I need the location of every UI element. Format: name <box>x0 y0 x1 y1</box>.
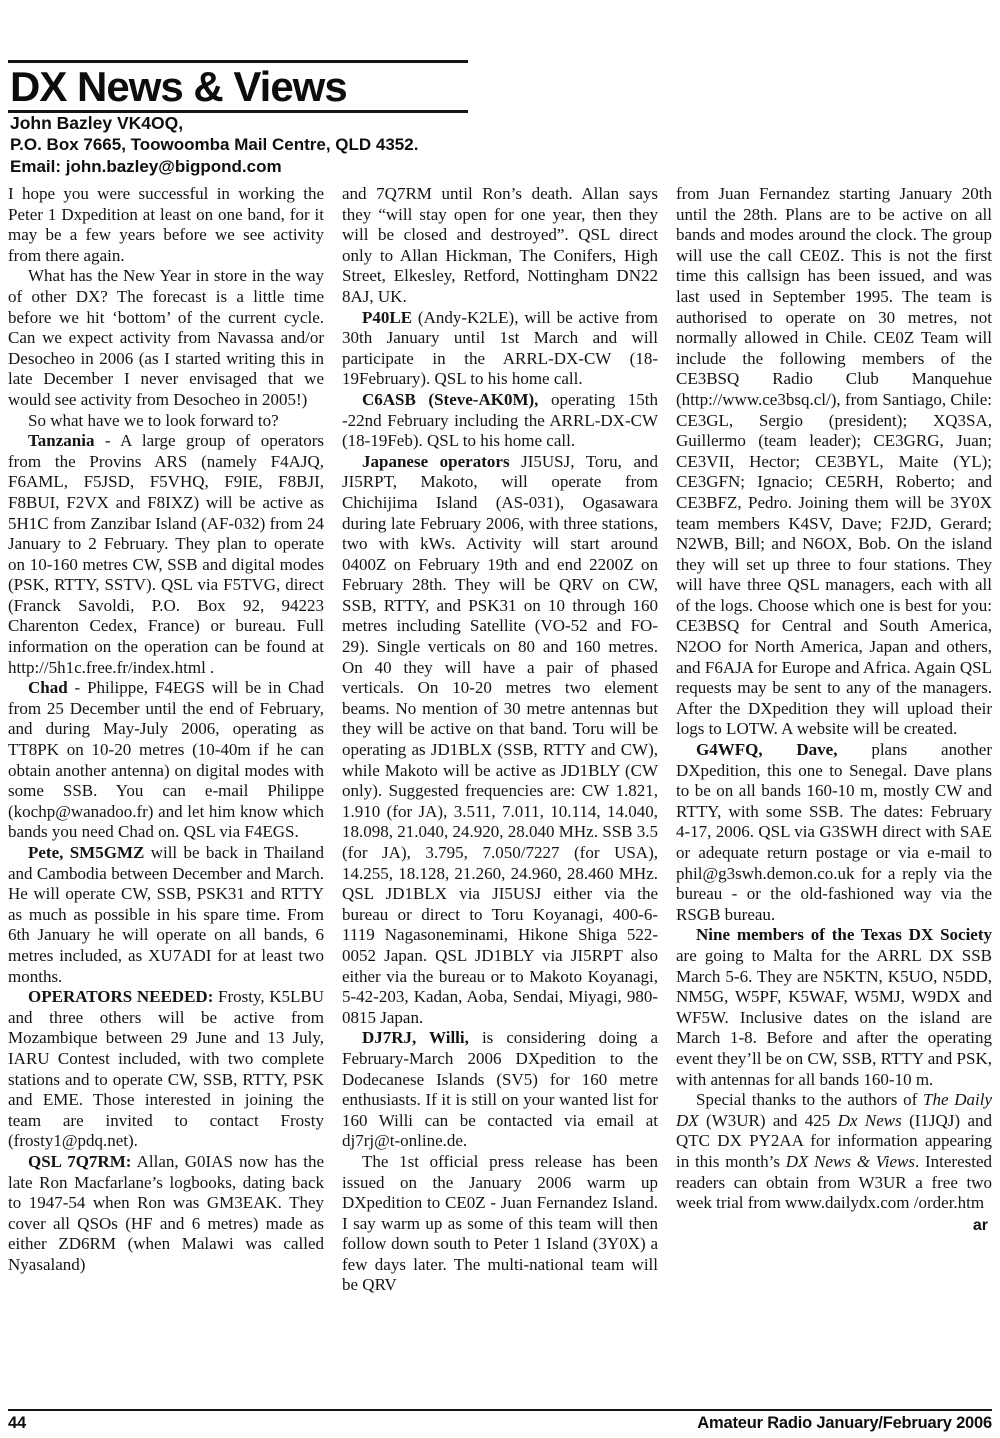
paragraph: Nine members of the Texas DX Society are… <box>676 925 992 1090</box>
column-1: I hope you were successful in working th… <box>8 184 324 1296</box>
text-run: - Philippe, F4EGS will be in Chad from 2… <box>8 678 324 841</box>
text-run: will be back in Thailand and Cambodia be… <box>8 843 324 986</box>
author-address: P.O. Box 7665, Toowoomba Mail Centre, QL… <box>10 134 570 156</box>
paragraph: OPERATORS NEEDED: Frosty, K5LBU and thre… <box>8 987 324 1152</box>
paragraph: QSL 7Q7RM: Allan, G0IAS now has the late… <box>8 1152 324 1276</box>
text-run: Special thanks to the authors of <box>696 1090 923 1109</box>
article-header: DX News & Views <box>8 60 468 113</box>
paragraph: P40LE (Andy-K2LE), will be active from 3… <box>342 308 658 390</box>
text-run: Chad <box>28 678 68 697</box>
footer-rule <box>8 1409 992 1411</box>
paragraph: from Juan Fernandez starting January 20t… <box>676 184 992 740</box>
paragraph: and 7Q7RM until Ron’s death. Allan says … <box>342 184 658 308</box>
article-body: I hope you were successful in working th… <box>8 184 992 1296</box>
text-run: What has the New Year in store in the wa… <box>8 266 324 409</box>
page-footer: 44 Amateur Radio January/February 2006 <box>8 1409 992 1433</box>
paragraph: So what have we to look forward to? <box>8 411 324 432</box>
text-run: (W3UR) and 425 <box>699 1111 838 1130</box>
text-run: P40LE <box>362 308 412 327</box>
text-run: I hope you were successful in working th… <box>8 184 324 265</box>
paragraph: G4WFQ, Dave, plans another DXpedition, t… <box>676 740 992 925</box>
column-3: from Juan Fernandez starting January 20t… <box>676 184 992 1296</box>
page-title: DX News & Views <box>10 66 468 108</box>
text-run: QSL 7Q7RM: <box>28 1152 131 1171</box>
paragraph: I hope you were successful in working th… <box>8 184 324 266</box>
paragraph: Special thanks to the authors of The Dai… <box>676 1090 992 1214</box>
magazine-page: DX News & Views John Bazley VK4OQ, P.O. … <box>0 0 1000 1438</box>
text-run: from Juan Fernandez starting January 20t… <box>676 184 992 738</box>
paragraph: C6ASB (Steve-AK0M), operating 15th -22nd… <box>342 390 658 452</box>
text-run: OPERATORS NEEDED: <box>28 987 213 1006</box>
text-run: Nine members of the Texas DX Society <box>696 925 992 944</box>
page-number: 44 <box>8 1414 26 1433</box>
footer-row: 44 Amateur Radio January/February 2006 <box>8 1414 992 1433</box>
text-run: DX News & Views <box>786 1152 915 1171</box>
text-run: JI5USJ, Toru, and JI5RPT, Makoto, will o… <box>342 452 658 1027</box>
text-run: Tanzania <box>28 431 94 450</box>
text-run: Japanese operators <box>362 452 510 471</box>
text-run: and 7Q7RM until Ron’s death. Allan says … <box>342 184 658 306</box>
paragraph: Chad - Philippe, F4EGS will be in Chad f… <box>8 678 324 843</box>
paragraph: Japanese operators JI5USJ, Toru, and JI5… <box>342 452 658 1029</box>
text-run: Frosty, K5LBU and three others will be a… <box>8 987 324 1150</box>
paragraph: Pete, SM5GMZ will be back in Thailand an… <box>8 843 324 987</box>
text-run: are going to Malta for the ARRL DX SSB M… <box>676 946 992 1089</box>
author-email: Email: john.bazley@bigpond.com <box>10 156 570 178</box>
byline-block: John Bazley VK4OQ, P.O. Box 7665, Toowoo… <box>10 112 570 178</box>
paragraph: The 1st official press release has been … <box>342 1152 658 1296</box>
paragraph: DJ7RJ, Willi, is considering doing a Feb… <box>342 1028 658 1152</box>
text-run: plans another DXpedition, this one to Se… <box>676 740 992 924</box>
text-run: Dx News <box>838 1111 902 1130</box>
publication-name: Amateur Radio January/February 2006 <box>697 1414 992 1433</box>
paragraph: What has the New Year in store in the wa… <box>8 266 324 410</box>
column-2: and 7Q7RM until Ron’s death. Allan says … <box>342 184 658 1296</box>
text-run: G4WFQ, Dave, <box>696 740 837 759</box>
text-run: DJ7RJ, Willi, <box>362 1028 469 1047</box>
text-run: The 1st official press release has been … <box>342 1152 658 1295</box>
paragraph: Tanzania - A large group of operators fr… <box>8 431 324 678</box>
author-name: John Bazley VK4OQ, <box>10 112 570 134</box>
text-run: So what have we to look forward to? <box>28 411 279 430</box>
text-run: Pete, SM5GMZ <box>28 843 144 862</box>
text-run: - A large group of operators from the Pr… <box>8 431 324 677</box>
text-run: ar <box>973 1217 988 1234</box>
author-endmark: ar <box>676 1214 992 1237</box>
text-run: C6ASB (Steve-AK0M), <box>362 390 538 409</box>
